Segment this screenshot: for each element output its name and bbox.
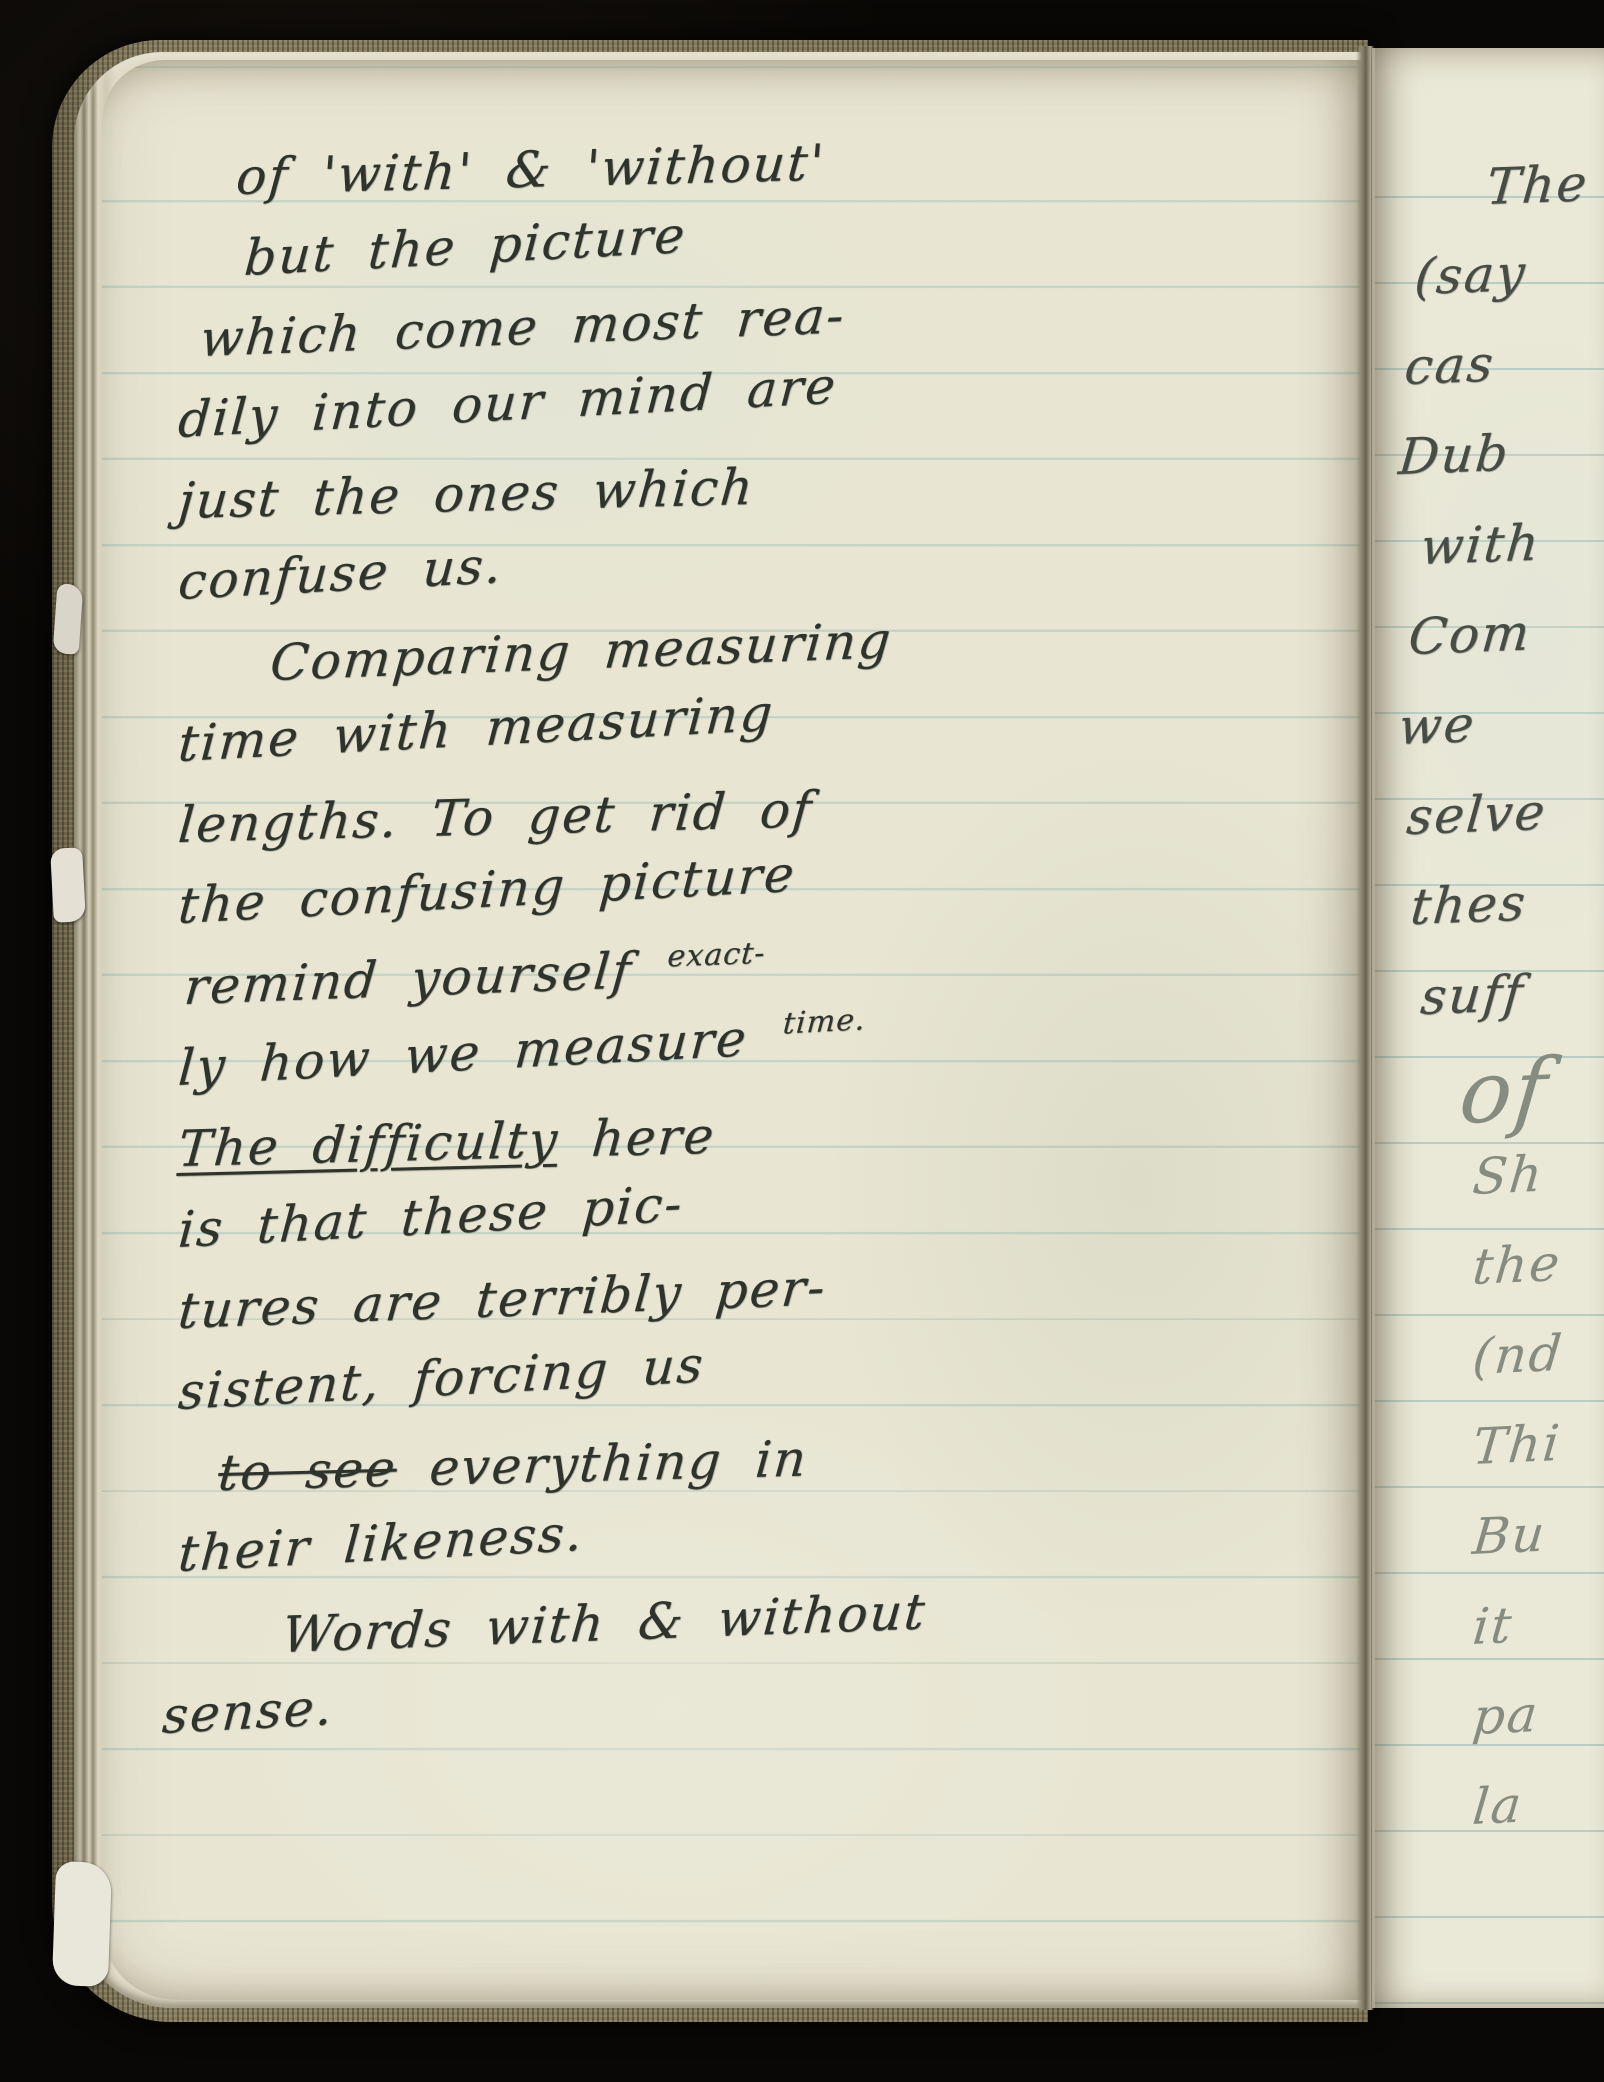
underlined-text: The difficulty bbox=[176, 1111, 561, 1178]
torn-paper-fragment bbox=[53, 583, 84, 655]
handwriting-text: remind yourself bbox=[182, 942, 635, 1016]
handwriting-line: Com bbox=[1404, 587, 1604, 692]
handwriting-line: the bbox=[1468, 1216, 1604, 1322]
handwriting-line: suff bbox=[1416, 947, 1604, 1052]
handwriting-left-page: of 'with' & 'without' but the picture wh… bbox=[178, 142, 1348, 1762]
handwriting-line: pa bbox=[1468, 1666, 1604, 1772]
handwriting-text: here bbox=[590, 1107, 718, 1168]
handwriting-line: la bbox=[1468, 1756, 1604, 1862]
struck-through-text: to see bbox=[216, 1440, 399, 1502]
handwriting-line: with bbox=[1416, 497, 1604, 602]
handwriting-flourish: of bbox=[1456, 1036, 1604, 1142]
inserted-word: time. bbox=[782, 1002, 867, 1041]
handwriting-line: we bbox=[1394, 677, 1604, 782]
handwriting-line: (say bbox=[1410, 227, 1604, 332]
torn-paper-fragment bbox=[52, 1861, 112, 1987]
handwriting-line: it bbox=[1468, 1576, 1604, 1682]
notebook-photo: of 'with' & 'without' but the picture wh… bbox=[0, 0, 1604, 2082]
handwriting-line: Dub bbox=[1394, 407, 1604, 512]
torn-paper-fragment bbox=[50, 847, 86, 923]
handwriting-line: selve bbox=[1402, 767, 1604, 872]
handwriting-line: Sh bbox=[1468, 1126, 1604, 1232]
handwriting-line: The bbox=[1482, 140, 1604, 242]
handwriting-right-page: The (say cas Dub with Com we selve thes … bbox=[1398, 152, 1604, 1862]
handwriting-line: Thi bbox=[1468, 1396, 1604, 1502]
handwriting-line: Bu bbox=[1468, 1486, 1604, 1592]
inserted-word: exact- bbox=[666, 936, 767, 975]
handwriting-text: everything in bbox=[427, 1430, 810, 1497]
handwriting-line: thes bbox=[1406, 857, 1604, 962]
handwriting-line: cas bbox=[1400, 317, 1604, 422]
handwriting-line: (nd bbox=[1468, 1306, 1604, 1412]
